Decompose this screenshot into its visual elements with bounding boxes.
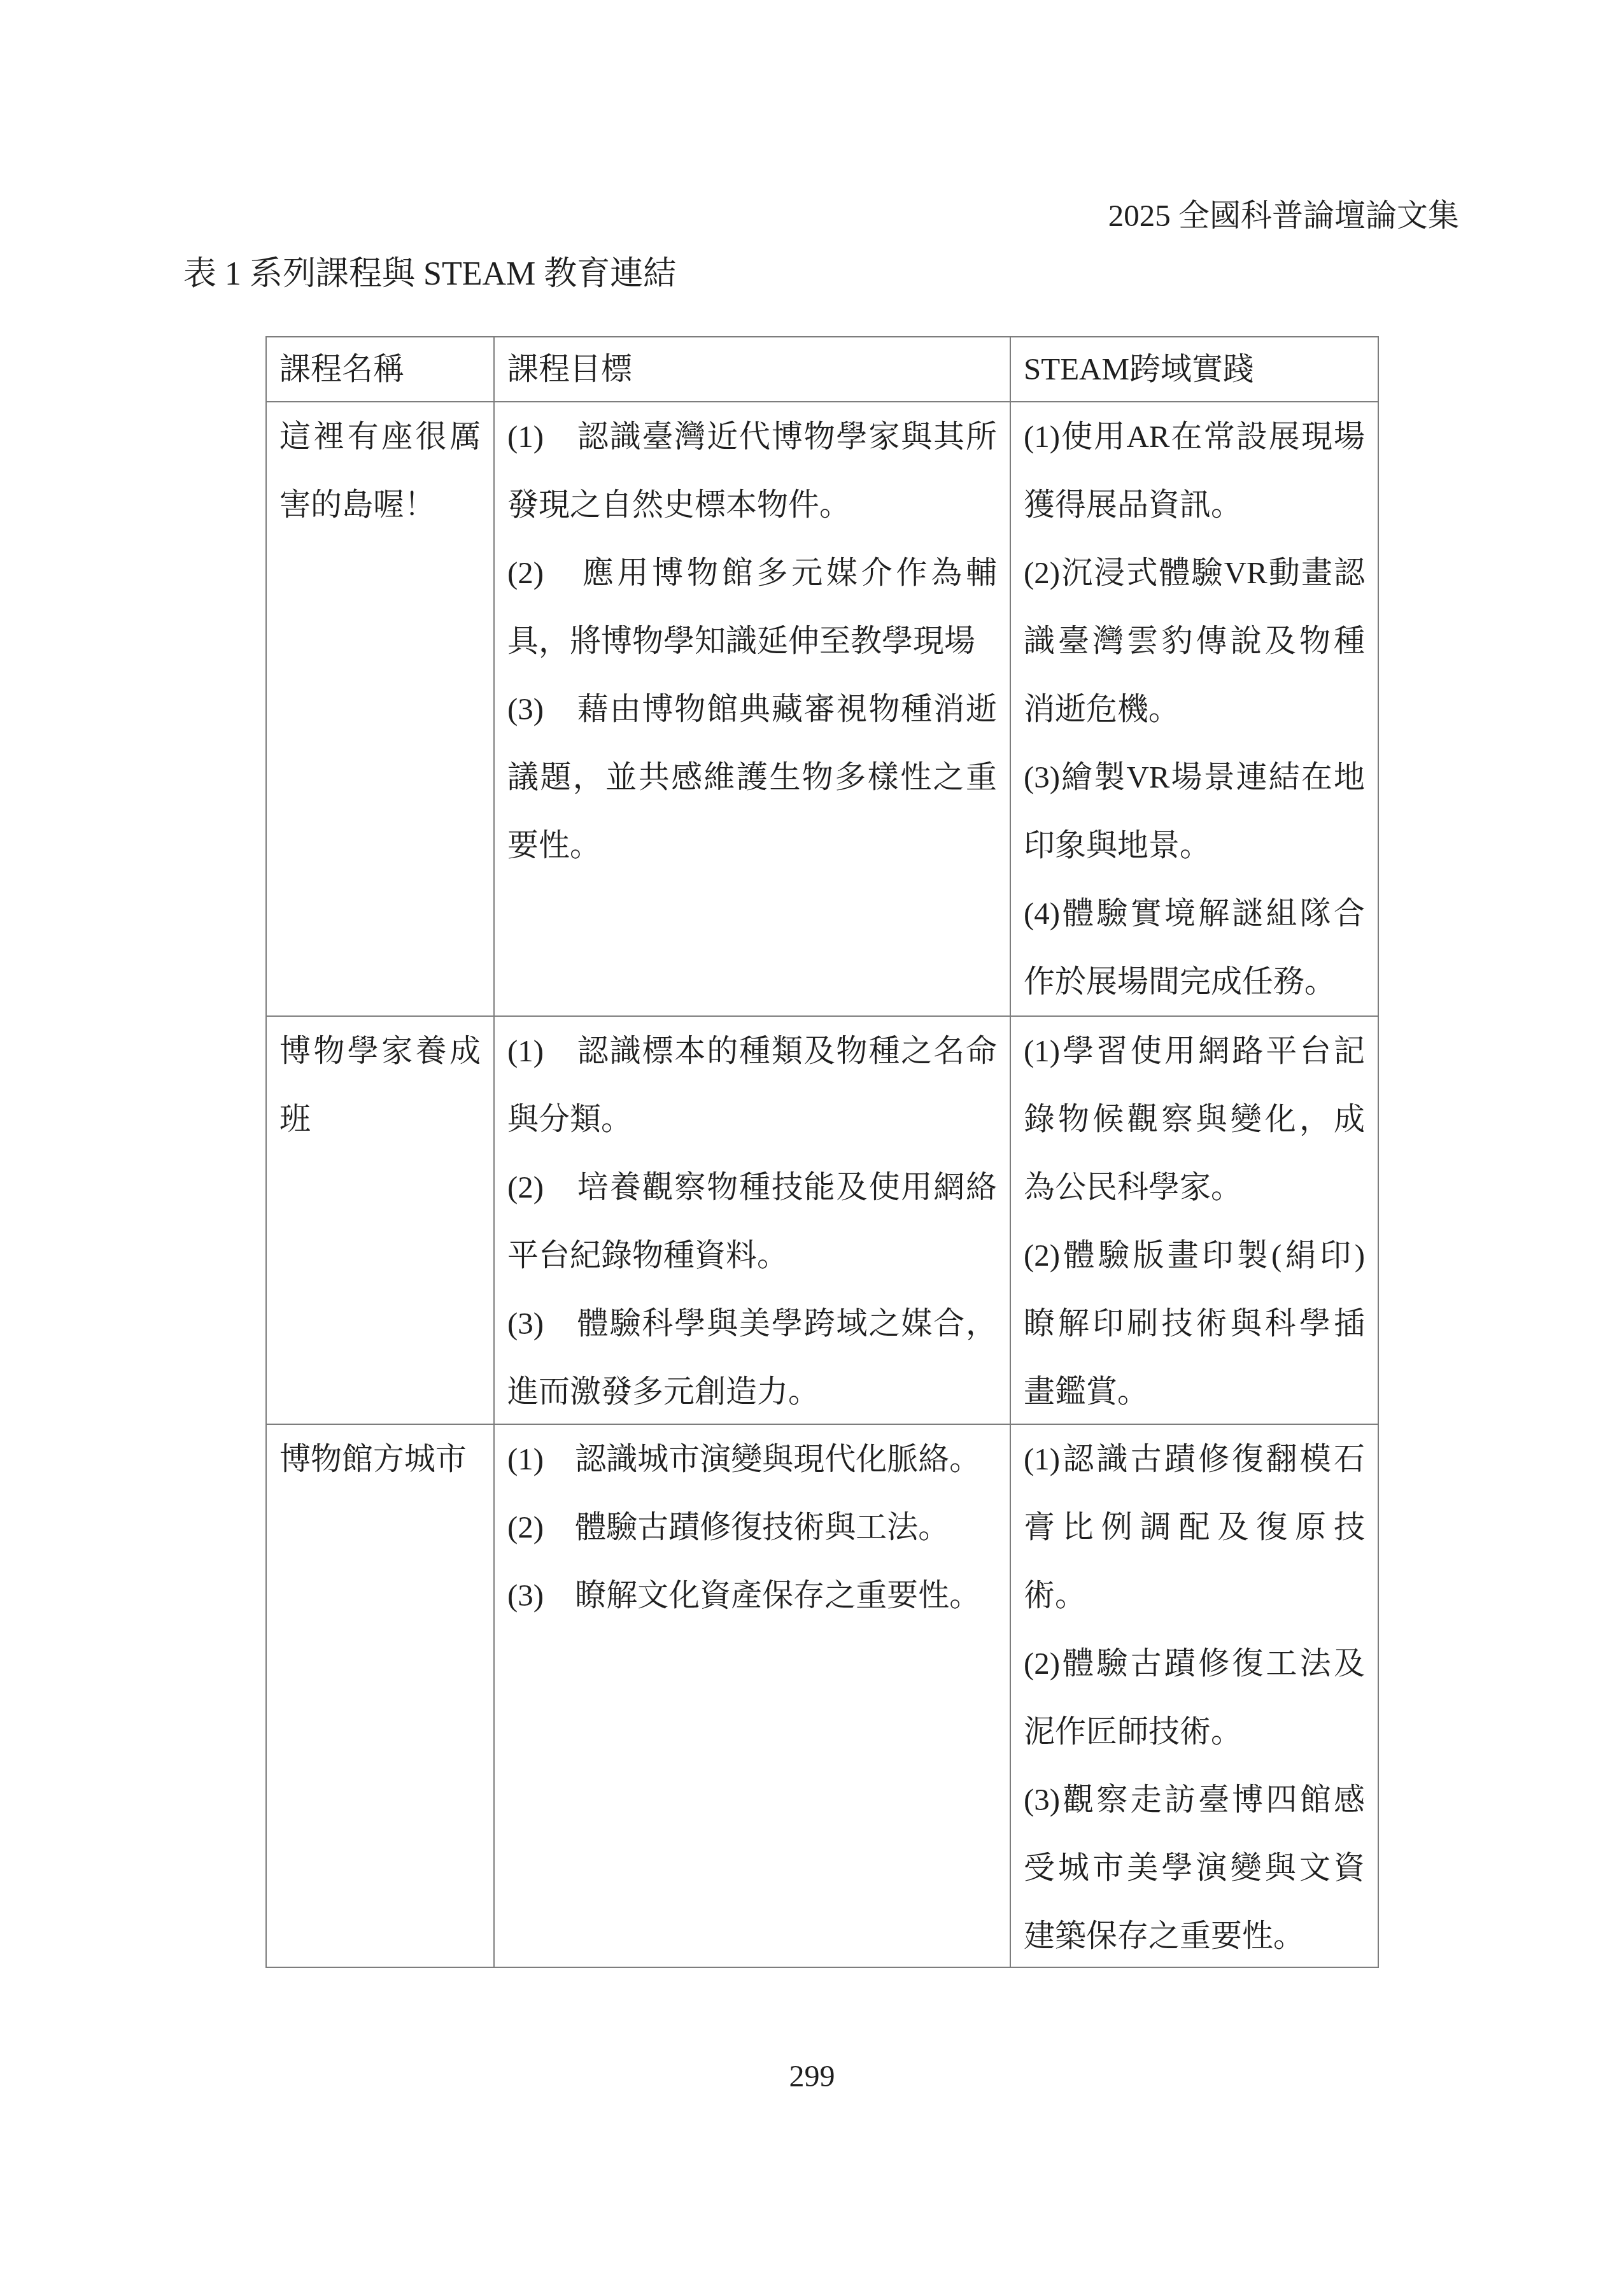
text-line: (3) 瞭解文化資產保存之重要性。 bbox=[507, 1561, 997, 1629]
proceedings-header: 2025 全國科普論壇論文集 bbox=[1108, 195, 1459, 237]
text-line: 這裡有座很厲 bbox=[279, 402, 481, 470]
text-line: 博物學家養成 bbox=[279, 1017, 481, 1085]
text-line: (2) 應用博物館多元媒介作為輔 bbox=[507, 539, 997, 607]
text-line: 泥作匠師技術。 bbox=[1024, 1697, 1365, 1765]
course-name-cell: 博物學家養成班 bbox=[267, 1017, 495, 1425]
course-name-cell: 這裡有座很厲害的島喔！ bbox=[267, 402, 495, 1017]
text-line: 博物館方城市 bbox=[279, 1425, 481, 1493]
text-line: 消逝危機。 bbox=[1024, 675, 1365, 743]
text-line: (2) 培養觀察物種技能及使用網絡 bbox=[507, 1153, 997, 1221]
text-line: 膏比例調配及復原技 bbox=[1024, 1493, 1365, 1561]
text-line: (1) 認識標本的種類及物種之名命 bbox=[507, 1017, 997, 1085]
text-line: 具，將博物學知識延伸至教學現場 bbox=[507, 607, 997, 675]
text-line: 錄物候觀察與變化，成 bbox=[1024, 1085, 1365, 1153]
col-header-course-name: 課程名稱 bbox=[267, 337, 495, 402]
document-page: 2025 全國科普論壇論文集 表 1 系列課程與 STEAM 教育連結 課程名稱… bbox=[0, 0, 1624, 2278]
text-line: (3)繪製VR場景連結在地 bbox=[1024, 743, 1365, 811]
col-header-steam-practice: STEAM跨域實踐 bbox=[1011, 337, 1378, 402]
text-line: 印象與地景。 bbox=[1024, 811, 1365, 879]
text-line: (3)觀察走訪臺博四館感 bbox=[1024, 1765, 1365, 1834]
course-steam-table: 課程名稱 課程目標 STEAM跨域實踐 這裡有座很厲害的島喔！(1) 認識臺灣近… bbox=[265, 336, 1379, 1968]
text-line: (3) 體驗科學與美學跨域之媒合， bbox=[507, 1289, 997, 1357]
text-line: 與分類。 bbox=[507, 1085, 997, 1153]
text-line: 發現之自然史標本物件。 bbox=[507, 470, 997, 539]
text-line: (2) 體驗古蹟修復技術與工法。 bbox=[507, 1493, 997, 1561]
text-line: 建築保存之重要性。 bbox=[1024, 1902, 1365, 1970]
text-line: (1)使用AR在常設展現場 bbox=[1024, 402, 1365, 470]
col-header-course-objectives: 課程目標 bbox=[495, 337, 1011, 402]
text-line: 平台紀錄物種資料。 bbox=[507, 1221, 997, 1289]
text-line: (2)沉浸式體驗VR動畫認 bbox=[1024, 539, 1365, 607]
text-line: (2)體驗版畫印製(絹印) bbox=[1024, 1221, 1365, 1289]
table-caption: 表 1 系列課程與 STEAM 教育連結 bbox=[183, 252, 676, 297]
text-line: (1)學習使用網路平台記 bbox=[1024, 1017, 1365, 1085]
text-line: 畫鑑賞。 bbox=[1024, 1357, 1365, 1426]
text-line: 害的島喔！ bbox=[279, 470, 481, 539]
course-objectives-cell: (1) 認識標本的種類及物種之名命與分類。(2) 培養觀察物種技能及使用網絡平台… bbox=[495, 1017, 1011, 1425]
course-name-cell: 博物館方城市 bbox=[267, 1425, 495, 1967]
text-line: (2)體驗古蹟修復工法及 bbox=[1024, 1629, 1365, 1697]
text-line: (1)認識古蹟修復翻模石 bbox=[1024, 1425, 1365, 1493]
text-line: 獲得展品資訊。 bbox=[1024, 470, 1365, 539]
text-line: 瞭解印刷技術與科學插 bbox=[1024, 1289, 1365, 1357]
text-line: 作於展場間完成任務。 bbox=[1024, 947, 1365, 1015]
text-line: 要性。 bbox=[507, 811, 997, 879]
steam-practice-cell: (1)學習使用網路平台記錄物候觀察與變化，成為公民科學家。(2)體驗版畫印製(絹… bbox=[1011, 1017, 1378, 1425]
text-line: 議題，並共感維護生物多樣性之重 bbox=[507, 743, 997, 811]
course-objectives-cell: (1) 認識臺灣近代博物學家與其所發現之自然史標本物件。(2) 應用博物館多元媒… bbox=[495, 402, 1011, 1017]
text-line: 受城市美學演變與文資 bbox=[1024, 1834, 1365, 1902]
text-line: (4)體驗實境解謎組隊合 bbox=[1024, 879, 1365, 947]
text-line: 為公民科學家。 bbox=[1024, 1153, 1365, 1221]
text-line: 術。 bbox=[1024, 1561, 1365, 1629]
page-number: 299 bbox=[0, 2058, 1624, 2096]
course-objectives-cell: (1) 認識城市演變與現代化脈絡。(2) 體驗古蹟修復技術與工法。(3) 瞭解文… bbox=[495, 1425, 1011, 1967]
text-line: 班 bbox=[279, 1085, 481, 1153]
text-line: 識臺灣雲豹傳說及物種 bbox=[1024, 607, 1365, 675]
text-line: (1) 認識城市演變與現代化脈絡。 bbox=[507, 1425, 997, 1493]
text-line: (3) 藉由博物館典藏審視物種消逝 bbox=[507, 675, 997, 743]
text-line: (1) 認識臺灣近代博物學家與其所 bbox=[507, 402, 997, 470]
steam-practice-cell: (1)認識古蹟修復翻模石膏比例調配及復原技術。(2)體驗古蹟修復工法及泥作匠師技… bbox=[1011, 1425, 1378, 1967]
steam-practice-cell: (1)使用AR在常設展現場獲得展品資訊。(2)沉浸式體驗VR動畫認識臺灣雲豹傳說… bbox=[1011, 402, 1378, 1017]
text-line: 進而激發多元創造力。 bbox=[507, 1357, 997, 1426]
